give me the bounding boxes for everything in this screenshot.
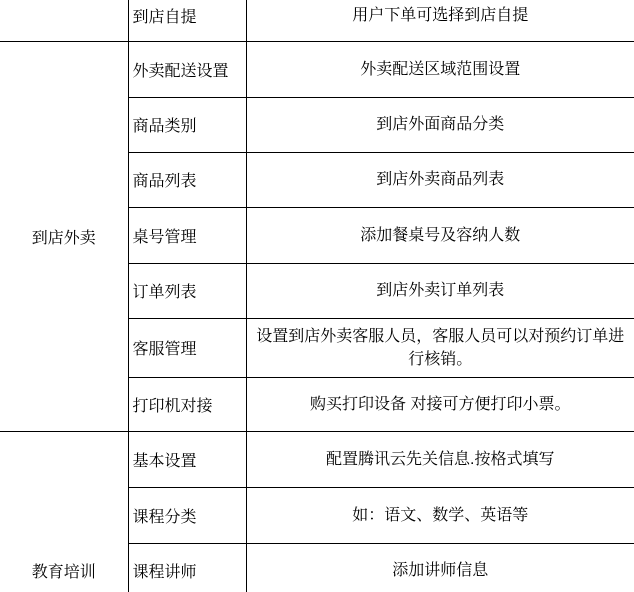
feature-cell: 打印机对接 bbox=[128, 377, 246, 431]
description-cell: 设置到店外卖客服人员，客服人员可以对预约订单进行核销。 bbox=[246, 318, 634, 377]
description-cell: 配置腾讯云先关信息.按格式填写 bbox=[246, 431, 634, 487]
feature-cell: 商品列表 bbox=[128, 152, 246, 207]
feature-cell: 商品类别 bbox=[128, 97, 246, 152]
table-row: 到店自提 用户下单可选择到店自提 bbox=[0, 0, 634, 41]
description-cell: 到店外面商品分类 bbox=[246, 97, 634, 152]
description-cell: 如：语文、数学、英语等 bbox=[246, 487, 634, 543]
feature-cell: 桌号管理 bbox=[128, 207, 246, 263]
description-cell: 添加讲师信息 bbox=[246, 543, 634, 592]
feature-cell: 课程分类 bbox=[128, 487, 246, 543]
feature-cell: 课程讲师 bbox=[128, 543, 246, 592]
table-row: 到店外卖 外卖配送设置 外卖配送区域范围设置 bbox=[0, 41, 634, 97]
feature-table: 到店自提 用户下单可选择到店自提 到店外卖 外卖配送设置 外卖配送区域范围设置 … bbox=[0, 0, 634, 592]
description-cell: 购买打印设备 对接可方便打印小票。 bbox=[246, 377, 634, 431]
feature-table-body: 到店自提 用户下单可选择到店自提 到店外卖 外卖配送设置 外卖配送区域范围设置 … bbox=[0, 0, 634, 592]
description-cell: 到店外卖订单列表 bbox=[246, 263, 634, 318]
category-cell-jiaoyupeixun: 教育培训 bbox=[0, 431, 128, 592]
feature-cell: 基本设置 bbox=[128, 431, 246, 487]
feature-cell: 到店自提 bbox=[128, 0, 246, 41]
feature-cell: 订单列表 bbox=[128, 263, 246, 318]
table-row: 教育培训 基本设置 配置腾讯云先关信息.按格式填写 bbox=[0, 431, 634, 487]
description-cell: 添加餐桌号及容纳人数 bbox=[246, 207, 634, 263]
feature-cell: 客服管理 bbox=[128, 318, 246, 377]
description-cell: 用户下单可选择到店自提 bbox=[246, 0, 634, 41]
description-cell: 外卖配送区域范围设置 bbox=[246, 41, 634, 97]
category-cell-daodianwaimai: 到店外卖 bbox=[0, 41, 128, 431]
description-cell: 到店外卖商品列表 bbox=[246, 152, 634, 207]
feature-cell: 外卖配送设置 bbox=[128, 41, 246, 97]
category-cell-empty bbox=[0, 0, 128, 41]
